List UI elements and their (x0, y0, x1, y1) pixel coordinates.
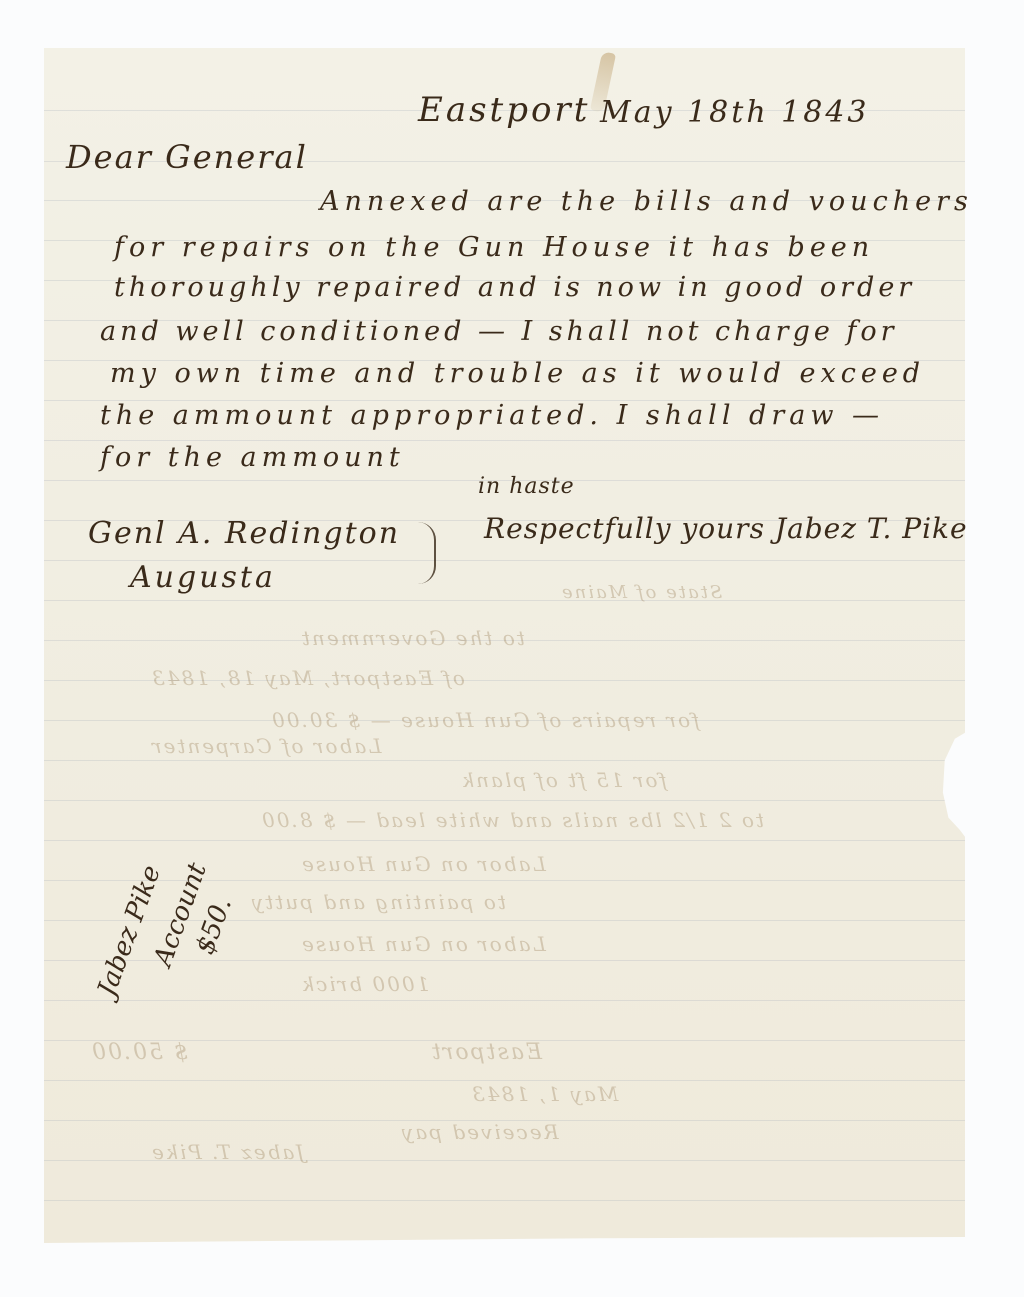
salutation: Dear General (66, 138, 308, 176)
brace-mark (412, 522, 436, 584)
bleed-through-text: for repairs of Gun House — $ 30.00 (270, 708, 699, 732)
body-line: the ammount appropriated. I shall draw — (100, 400, 884, 431)
ruled-line (44, 1200, 965, 1201)
ruled-line (44, 600, 965, 601)
ruled-line (44, 440, 965, 441)
bleed-through-text: $ 50.00 (90, 1040, 188, 1065)
bleed-through-text: for 15 ft of plank (460, 768, 667, 792)
ruled-line (44, 840, 965, 841)
ruled-line (44, 1000, 965, 1001)
body-line: for the ammount (100, 442, 405, 473)
bleed-through-text: Received pay (400, 1120, 559, 1144)
bleed-through-text: Labor on Gun House (300, 932, 546, 956)
bleed-through-text: Jabez T. Pike (150, 1140, 304, 1164)
body-line: my own time and trouble as it would exce… (110, 358, 925, 389)
bleed-through-text: Eastport (430, 1040, 542, 1065)
bleed-through-text: to painting and putty (250, 890, 506, 914)
letter-date: May 18th 1843 (600, 95, 870, 130)
bleed-through-text: of Eastport, May 18, 1843 (150, 666, 465, 690)
ruled-line (44, 1080, 965, 1081)
body-line: Annexed are the bills and vouchers (320, 186, 973, 217)
ruled-line (44, 800, 965, 801)
addressee-place: Augusta (130, 560, 276, 595)
letter-place: Eastport (418, 90, 590, 130)
body-line: thoroughly repaired and is now in good o… (114, 272, 915, 303)
bleed-through-text: to the Government (300, 626, 525, 650)
body-line: and well conditioned — I shall not charg… (100, 316, 898, 347)
bleed-through-text: Labor of Carpenter (150, 734, 382, 758)
closing-in-haste: in haste (478, 474, 575, 499)
bleed-through-text: Labor on Gun House (300, 852, 546, 876)
ruled-line (44, 760, 965, 761)
signature: Respectfully yours Jabez T. Pike (484, 512, 968, 545)
addressee-name: Genl A. Redington (88, 516, 400, 551)
bleed-through-text: May 1, 1843 (470, 1082, 618, 1106)
bleed-through-text: 1000 brick (300, 972, 429, 996)
bleed-through-text: State of Maine (560, 582, 722, 603)
bleed-through-text: to 2 1/2 lbs nails and white lead — $ 8.… (260, 808, 764, 832)
ruled-line (44, 960, 965, 961)
body-line: for repairs on the Gun House it has been (114, 232, 874, 263)
